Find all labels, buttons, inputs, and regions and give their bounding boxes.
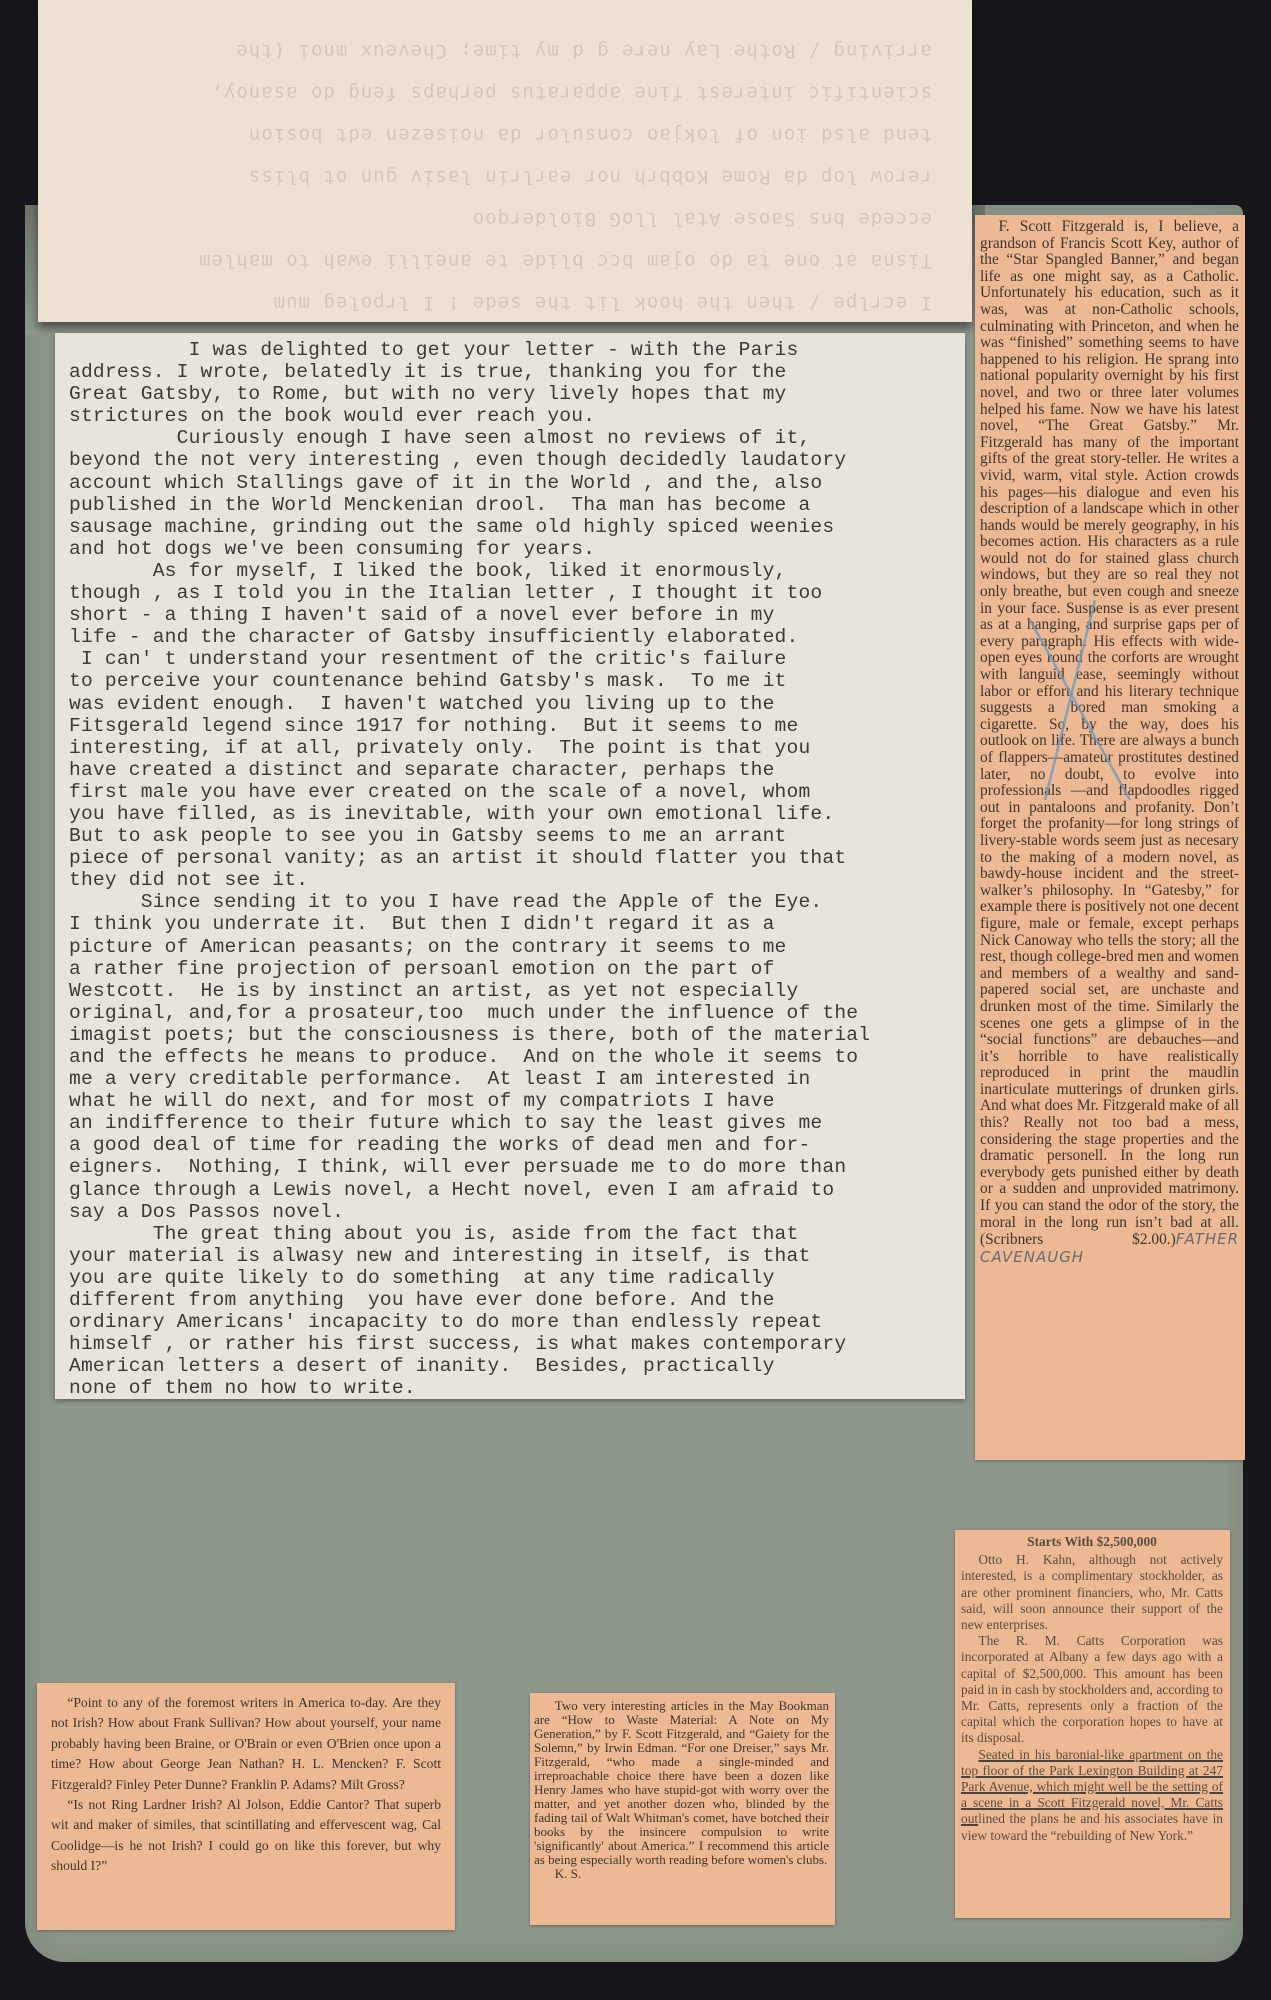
letter-line: to perceive your countenance behind Gats… [69,670,959,692]
letter-line: say a Dos Passos novel. [69,1201,959,1223]
clipping-paragraph: Two very interesting articles in the May… [534,1699,829,1867]
letter-line: a good deal of time for reading the work… [69,1134,959,1156]
letter-body: I was delighted to get your letter - wit… [69,339,959,1400]
bleed-line: rerow lop da Rome Kobbrh nor earlrin las… [78,166,932,188]
clipping-gatsby-review: F. Scott Fitzgerald is, I believe, a gra… [975,215,1245,1460]
bleed-line: I ecrlpe / then the hook lit the sede ! … [78,292,932,314]
letter-line: address. I wrote, belatedly it is true, … [69,361,959,383]
letter-line: As for myself, I liked the book, liked i… [69,560,959,582]
letter-line: have created a distinct and separate cha… [69,759,959,781]
letter-line: Great Gatsby, to Rome, but with no very … [69,383,959,405]
letter-line: a rather fine projection of persoanl emo… [69,958,959,980]
letter-line: and hot dogs we've been consuming for ye… [69,538,959,560]
letter-line: I was delighted to get your letter - wit… [69,339,959,361]
clipping-catts-corporation: Starts With $2,500,000 Otto H. Kahn, alt… [955,1530,1230,1918]
clipping-signature: K. S. [534,1867,829,1881]
letter-line: piece of personal vanity; as an artist i… [69,847,959,869]
letter-line: first male you have ever created on the … [69,781,959,803]
letter-line: sausage machine, grinding out the same o… [69,516,959,538]
letter-line: ordinary Americans' incapacity to do mor… [69,1311,959,1333]
letter-line: American letters a desert of inanity. Be… [69,1355,959,1377]
letter-line: account which Stallings gave of it in th… [69,472,959,494]
bleed-line: tend alsd ion of lokjao consulor da nois… [78,124,932,146]
bleed-line: scientific interest fine apparatus perha… [78,82,932,104]
letter-line: they did not see it. [69,869,959,891]
letter-line: me a very creditable performance. At lea… [69,1068,959,1090]
letter-line: original, and,for a prosateur,too much u… [69,1002,959,1024]
clipping-bookman: Two very interesting articles in the May… [530,1693,835,1925]
letter-line: short - a thing I haven't said of a nove… [69,604,959,626]
letter-line: picture of American peasants; on the con… [69,936,959,958]
letter-line: none of them no how to write. [69,1377,959,1399]
letter-line: what he will do next, and for most of my… [69,1090,959,1112]
letter-line: your material is alwasy new and interest… [69,1245,959,1267]
letter-line: himself , or rather his first success, i… [69,1333,959,1355]
letter-line: I think you underrate it. But then I did… [69,913,959,935]
clipping-irish-writers: “Point to any of the foremost writers in… [37,1683,455,1930]
letter-line: beyond the not very interesting , even t… [69,449,959,471]
review-text: F. Scott Fitzgerald is, I believe, a gra… [980,218,1239,1248]
letter-line: I can' t understand your resentment of t… [69,648,959,670]
letter-line: imagist poets; but the consciousness is … [69,1024,959,1046]
letter-line: But to ask people to see you in Gatsby s… [69,825,959,847]
letter-line: published in the World Menckenian drool.… [69,494,959,516]
letter-line: you are quite likely to do something at … [69,1267,959,1289]
bleed-line: arriving / Rothe Lay nere g d my time; C… [78,40,932,62]
letter-line: Fitsgerald legend since 1917 for nothing… [69,715,959,737]
letter-line: different from anything you have ever do… [69,1289,959,1311]
bleed-line: eccede bns Saose Atal lloG Biolderqoo [78,208,932,230]
clipping-paragraph: “Is not Ring Lardner Irish? Al Jolson, E… [51,1795,441,1877]
letter-line: Curiously enough I have seen almost no r… [69,427,959,449]
letter-line: eigners. Nothing, I think, will ever per… [69,1156,959,1178]
letter-line: The great thing about you is, aside from… [69,1223,959,1245]
clipping-paragraph: The R. M. Catts Corporation was incorpor… [961,1633,1223,1746]
clipping-paragraph: Otto H. Kahn, although not actively inte… [961,1552,1223,1633]
clipping-headline: Starts With $2,500,000 [961,1534,1223,1550]
letter-line: and the effects he means to produce. And… [69,1046,959,1068]
clipping-tail: lined the plans he and his associates ha… [961,1811,1223,1842]
letter-line: glance through a Lewis novel, a Hecht no… [69,1179,959,1201]
letter-line: Westcott. He is by instinct an artist, a… [69,980,959,1002]
letter-line: an indifference to their future which to… [69,1112,959,1134]
clipping-paragraph: “Point to any of the foremost writers in… [51,1693,441,1795]
letter-line: though , as I told you in the Italian le… [69,582,959,604]
letter-line: was evident enough. I haven't watched yo… [69,693,959,715]
letter-line: life - and the character of Gatsby insuf… [69,626,959,648]
letter-line: Since sending it to you I have read the … [69,891,959,913]
letter-line: you have filled, as is inevitable, with … [69,803,959,825]
letter-line: interesting, if at all, privately only. … [69,737,959,759]
folded-top-sheet: arriving / Rothe Lay nere g d my time; C… [38,0,972,322]
letter-line: strictures on the book would ever reach … [69,405,959,427]
bleed-line: Tisna at one ta do ojam bcc blide te ane… [78,250,932,272]
typed-letter: I was delighted to get your letter - wit… [55,333,965,1399]
